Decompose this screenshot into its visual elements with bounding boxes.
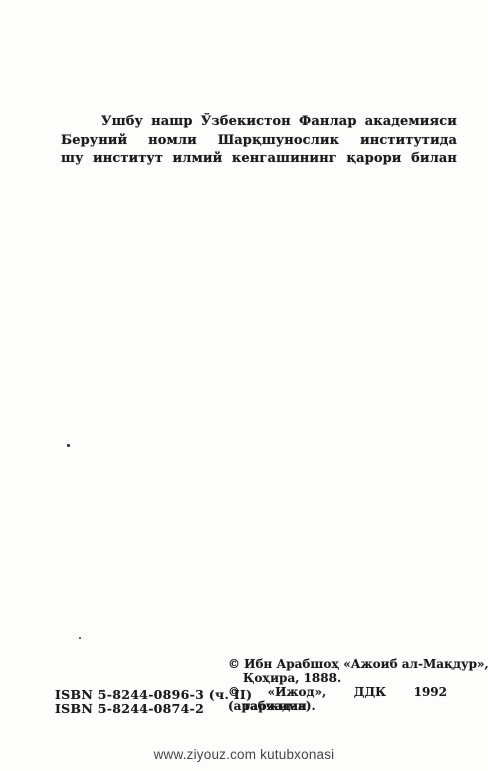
copyright-line: © «Ижод», ДДК 1992 (арабчадан bbox=[228, 686, 447, 700]
isbn-block: ISBN 5-8244-0896-3 (ч. II) ISBN 5-8244-0… bbox=[55, 688, 252, 716]
colophon-line: Беруний номли Шарқшунослик институтида б… bbox=[61, 132, 457, 151]
colophon-line: Ушбу нашр Ўзбекистон Фанлар академияси А… bbox=[61, 113, 457, 132]
copyright-line: таржима). bbox=[228, 700, 447, 714]
watermark-url: www.ziyouz.com kutubxonasi bbox=[0, 747, 488, 762]
scan-speck bbox=[79, 637, 81, 639]
colophon-line: шу институт илмий кенгашининг қарори бил… bbox=[61, 150, 457, 169]
scanned-book-page: Ушбу нашр Ўзбекистон Фанлар академияси А… bbox=[0, 0, 488, 771]
scan-speck bbox=[67, 444, 70, 447]
copyright-line: © Ибн Арабшоҳ «Ажоиб ал-Мақдур», bbox=[228, 658, 447, 672]
copyright-block: © Ибн Арабшоҳ «Ажоиб ал-Мақдур», Қоҳира,… bbox=[228, 658, 447, 714]
isbn-line: ISBN 5-8244-0874-2 bbox=[55, 702, 252, 716]
colophon-note: Ушбу нашр Ўзбекистон Фанлар академияси А… bbox=[61, 113, 457, 169]
copyright-line: Қоҳира, 1888. bbox=[228, 672, 447, 686]
isbn-line: ISBN 5-8244-0896-3 (ч. II) bbox=[55, 688, 252, 702]
